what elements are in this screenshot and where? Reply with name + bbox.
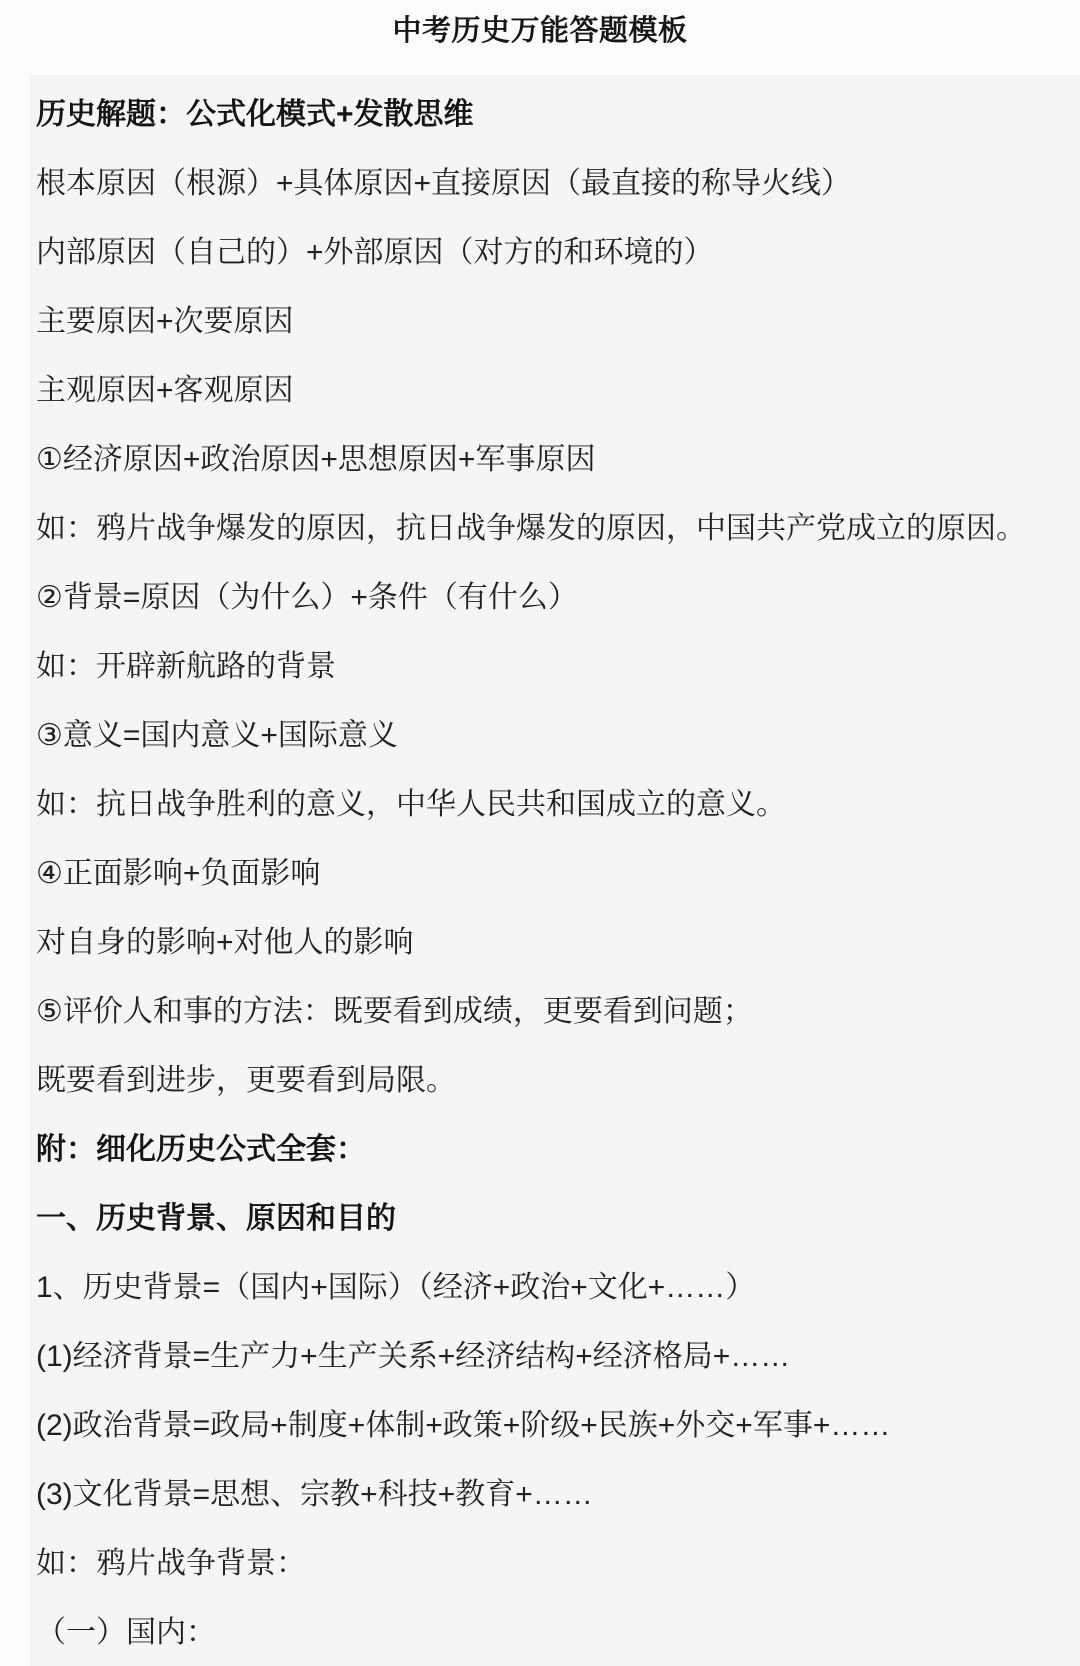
paragraph-line: 对自身的影响+对他人的影响 <box>36 927 1068 958</box>
paragraph-line: ②背景=原因（为什么）+条件（有什么） <box>36 582 1068 613</box>
paragraph-line: 一、历史背景、原因和目的 <box>36 1203 1068 1234</box>
document-title: 中考历史万能答题模板 <box>0 8 1080 49</box>
paragraph-line: ④正面影响+负面影响 <box>36 858 1068 889</box>
paragraph-line: 根本原因（根源）+具体原因+直接原因（最直接的称导火线） <box>36 168 1068 199</box>
paragraph-line: 内部原因（自己的）+外部原因（对方的和环境的） <box>36 237 1068 268</box>
paragraph-line: 附：细化历史公式全套： <box>36 1134 1068 1165</box>
paragraph-line: 主观原因+客观原因 <box>36 375 1068 406</box>
paragraph-line: 如：鸦片战争背景： <box>36 1548 1068 1579</box>
paragraph-line: 如：鸦片战争爆发的原因，抗日战争爆发的原因，中国共产党成立的原因。 <box>36 513 1068 544</box>
paragraph-line: 既要看到进步，更要看到局限。 <box>36 1065 1068 1096</box>
paragraph-line: 主要原因+次要原因 <box>36 306 1068 337</box>
paragraph-line: ⑤评价人和事的方法：既要看到成绩，更要看到问题； <box>36 996 1068 1027</box>
paragraph-line: 如：抗日战争胜利的意义，中华人民共和国成立的意义。 <box>36 789 1068 820</box>
paragraph-line: ③意义=国内意义+国际意义 <box>36 720 1068 751</box>
paragraph-line: 如：开辟新航路的背景 <box>36 651 1068 682</box>
paragraph-line: 1、历史背景=（国内+国际）（经济+政治+文化+……） <box>36 1272 1068 1303</box>
paragraph-line: (3)文化背景=思想、宗教+科技+教育+…… <box>36 1479 1068 1510</box>
paragraph-line: 历史解题：公式化模式+发散思维 <box>36 99 1068 130</box>
content-panel: 历史解题：公式化模式+发散思维 根本原因（根源）+具体原因+直接原因（最直接的称… <box>30 75 1080 1666</box>
paragraph-line: （一）国内： <box>36 1617 1068 1648</box>
paragraph-line: ①经济原因+政治原因+思想原因+军事原因 <box>36 444 1068 475</box>
paragraph-line: (2)政治背景=政局+制度+体制+政策+阶级+民族+外交+军事+…… <box>36 1410 1068 1441</box>
paragraph-line: (1)经济背景=生产力+生产关系+经济结构+经济格局+…… <box>36 1341 1068 1372</box>
